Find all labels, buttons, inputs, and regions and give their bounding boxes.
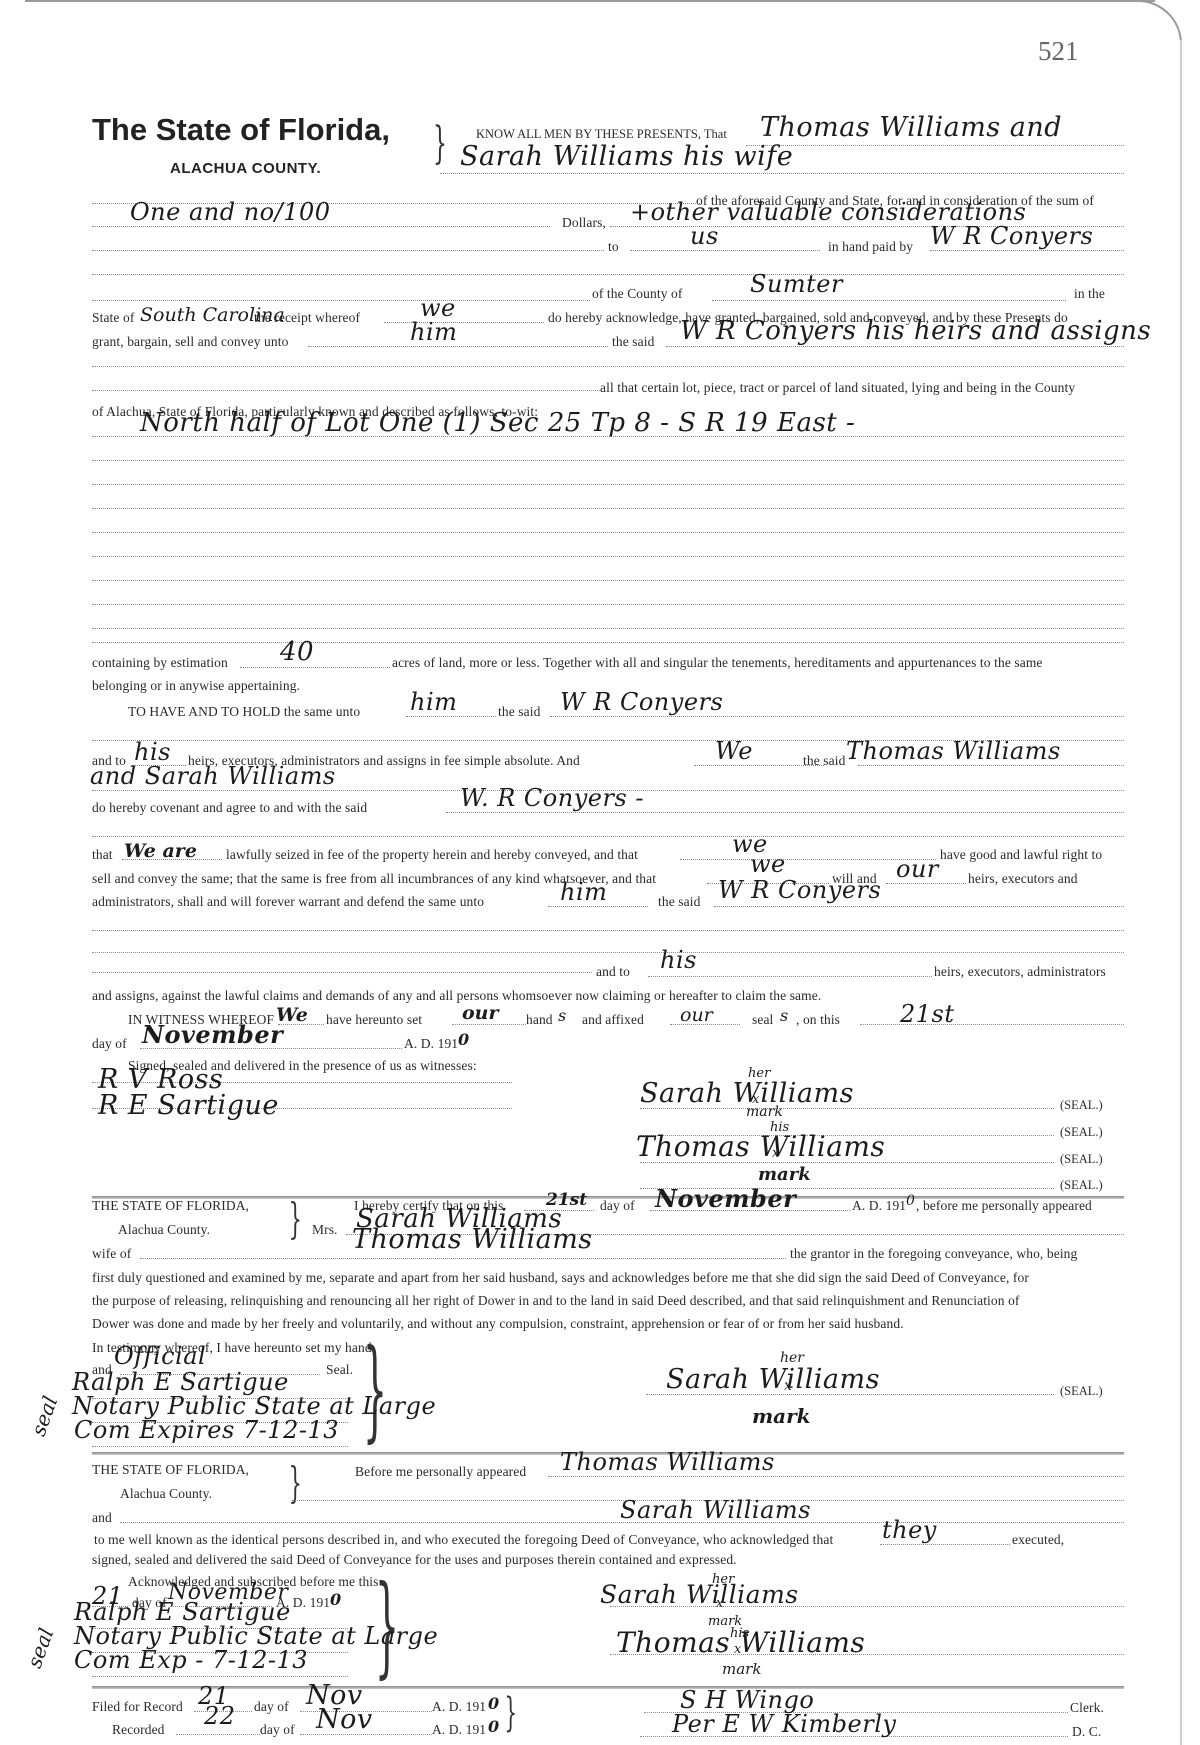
affixed-label: and affixed bbox=[582, 1012, 644, 1028]
fill-line bbox=[630, 250, 820, 251]
the-said-label-3: the said bbox=[658, 894, 700, 910]
belonging-text: belonging or in anywise appertaining. bbox=[92, 678, 300, 694]
fill-line bbox=[140, 1258, 786, 1259]
seal-label: seal bbox=[752, 1012, 773, 1028]
ack-and-label: and bbox=[92, 1510, 112, 1526]
hereunto-label: have hereunto set bbox=[326, 1012, 422, 1028]
dc-label: D. C. bbox=[1072, 1724, 1101, 1740]
mark-above: his bbox=[770, 1120, 789, 1135]
witness-2: R E Sartigue bbox=[98, 1090, 279, 1121]
fill-line bbox=[550, 716, 1124, 717]
fill-line bbox=[92, 952, 1124, 953]
acres-value: 40 bbox=[280, 637, 314, 667]
dower-county: Alachua County. bbox=[118, 1222, 210, 1238]
fill-line bbox=[880, 1544, 1010, 1545]
mark-above: her bbox=[780, 1350, 804, 1366]
unto-value: him bbox=[410, 688, 457, 716]
hand-suffix: s bbox=[558, 1006, 566, 1025]
fill-line bbox=[240, 667, 390, 668]
fill-line bbox=[92, 300, 590, 301]
ack-seal-note: seal bbox=[22, 1625, 58, 1671]
brace: } bbox=[504, 1690, 517, 1736]
fill-line bbox=[92, 484, 1124, 485]
land-description: North half of Lot One (1) Sec 25 Tp 8 - … bbox=[140, 408, 855, 438]
to-value: us bbox=[690, 222, 719, 250]
fill-line bbox=[92, 390, 600, 391]
seized-text: lawfully seized in fee of the property h… bbox=[226, 847, 638, 863]
acres-text: acres of land, more or less. Together wi… bbox=[392, 655, 1043, 671]
and-to-value-2: his bbox=[660, 946, 697, 974]
assigns-text: and assigns, against the lawful claims a… bbox=[92, 988, 821, 1004]
state-of-label: State of bbox=[92, 310, 134, 326]
fill-line bbox=[92, 1676, 348, 1677]
wife-of-value: Thomas Williams bbox=[352, 1224, 593, 1255]
grantors-line-2: Sarah Williams his wife bbox=[460, 141, 793, 172]
will-value: our bbox=[896, 855, 939, 883]
dower-state: THE STATE OF FLORIDA, bbox=[92, 1198, 249, 1214]
dollars-label: Dollars, bbox=[562, 215, 606, 231]
document-title: The State of Florida, bbox=[92, 112, 390, 148]
in-the-label: in the bbox=[1074, 286, 1105, 302]
mark-below: mark bbox=[746, 1104, 783, 1120]
seal-4: (SEAL.) bbox=[1060, 1178, 1103, 1193]
dower-para-2: the purpose of releasing, relinquishing … bbox=[92, 1293, 1020, 1309]
recorded-day: 22 bbox=[204, 1702, 236, 1730]
fill-line bbox=[452, 1024, 526, 1025]
sell-value: we bbox=[750, 850, 786, 878]
know-all-men-text: KNOW ALL MEN BY THESE PRESENTS, That bbox=[476, 127, 727, 142]
affixed-value: our bbox=[680, 1004, 713, 1026]
fill-line bbox=[446, 812, 1124, 813]
brace: } bbox=[433, 118, 447, 169]
amount-written: One and no/100 bbox=[130, 198, 331, 226]
fill-line bbox=[858, 765, 1124, 766]
brace: } bbox=[289, 1194, 302, 1243]
recorded-year: 0 bbox=[488, 1717, 499, 1736]
fill-line bbox=[92, 836, 1124, 837]
dower-para-3: Dower was done and made by her freely an… bbox=[92, 1316, 904, 1332]
page-number: 521 bbox=[1038, 36, 1079, 67]
year-suffix: 0 bbox=[458, 1030, 469, 1049]
dower-seal: (SEAL.) bbox=[1060, 1384, 1103, 1399]
before-label: Before me personally appeared bbox=[355, 1464, 526, 1480]
wife-of-label: wife of bbox=[92, 1246, 131, 1262]
fill-line bbox=[712, 300, 1066, 301]
fill-line bbox=[92, 532, 1124, 533]
clerk-label: Clerk. bbox=[1070, 1700, 1104, 1716]
dower-month-value: November bbox=[655, 1184, 796, 1213]
grantee-value: W R Conyers his heirs and assigns bbox=[680, 316, 1151, 346]
paid-by-label: in hand paid by bbox=[828, 239, 913, 255]
recorded-ad-label: A. D. 191 bbox=[432, 1722, 486, 1738]
they-value: they bbox=[882, 1516, 937, 1544]
ack-signature-sarah: Sarah Williams bbox=[600, 1580, 799, 1609]
fill-line bbox=[746, 145, 1124, 146]
mark-below: mark bbox=[752, 1404, 811, 1428]
dc-signature: Per E W Kimberly bbox=[672, 1710, 896, 1738]
admin-text: administrators, shall and will forever w… bbox=[92, 894, 484, 910]
fill-line bbox=[714, 906, 1124, 907]
said2-value: Thomas Williams bbox=[846, 737, 1061, 765]
witness-month-value: November bbox=[142, 1020, 283, 1049]
witness-day-value: 21st bbox=[900, 1000, 955, 1028]
dower-ad-label: A. D. 191 bbox=[852, 1198, 906, 1214]
page-top-edge bbox=[25, 0, 1155, 2]
fill-line bbox=[886, 883, 966, 884]
said-value: W R Conyers bbox=[560, 688, 723, 716]
ack-county: Alachua County. bbox=[120, 1486, 212, 1502]
cont-value: and Sarah Williams bbox=[90, 762, 336, 790]
the-said-label: the said bbox=[612, 334, 654, 350]
filed-ad-label: A. D. 191 bbox=[432, 1699, 486, 1715]
ack-state: THE STATE OF FLORIDA, bbox=[92, 1462, 249, 1478]
that-value: We are bbox=[124, 840, 197, 862]
fill-line bbox=[308, 346, 608, 347]
seal-1: (SEAL.) bbox=[1060, 1098, 1103, 1113]
before-value: Thomas Williams bbox=[560, 1448, 775, 1476]
mark-above: her bbox=[748, 1066, 770, 1081]
fill-line bbox=[92, 366, 1124, 367]
mark-below: mark bbox=[722, 1660, 761, 1678]
grant-text: grant, bargain, sell and convey unto bbox=[92, 334, 288, 350]
fill-line bbox=[92, 972, 592, 973]
fill-line bbox=[92, 1446, 348, 1447]
deed-page: 521 The State of Florida, ALACHUA COUNTY… bbox=[0, 0, 1200, 1745]
dower-and-value: Official bbox=[114, 1342, 206, 1370]
of-county-label: of the County of bbox=[592, 286, 682, 302]
dower-year-suffix: 0 bbox=[906, 1193, 915, 1209]
brace: } bbox=[363, 1334, 388, 1444]
document-county: ALACHUA COUNTY. bbox=[170, 160, 321, 177]
ad-label: A. D. 191 bbox=[404, 1036, 458, 1052]
fill-line bbox=[176, 1734, 260, 1735]
on-this-label: , on this bbox=[796, 1012, 840, 1028]
filed-label: Filed for Record bbox=[92, 1699, 183, 1715]
fill-line bbox=[666, 346, 1124, 347]
dower-seal-label: Seal. bbox=[326, 1362, 353, 1378]
mark-x: x bbox=[784, 1378, 792, 1394]
fill-line bbox=[92, 250, 604, 251]
recorded-label: Recorded bbox=[112, 1722, 165, 1738]
fill-line bbox=[92, 274, 1124, 275]
mark-below: mark bbox=[758, 1164, 811, 1185]
fill-line bbox=[548, 1476, 1124, 1477]
hereunto-value: our bbox=[462, 1002, 499, 1024]
mark-x: x bbox=[772, 1146, 779, 1161]
dower-para-1: first duly questioned and examined by me… bbox=[92, 1270, 1029, 1286]
fill-line bbox=[92, 226, 550, 227]
ack-notary-3: Com Exp - 7-12-13 bbox=[74, 1646, 308, 1674]
good-right-text: have good and lawful right to bbox=[940, 847, 1102, 863]
ack-and-value: Sarah Williams bbox=[620, 1496, 811, 1524]
fill-line bbox=[92, 580, 1124, 581]
day-of-label: day of bbox=[92, 1036, 127, 1052]
fill-line bbox=[92, 460, 1124, 461]
page-right-edge bbox=[1180, 40, 1182, 1745]
recorded-month: Nov bbox=[316, 1704, 373, 1735]
dower-day-of: day of bbox=[600, 1198, 635, 1214]
grant-value: him bbox=[410, 318, 457, 346]
fill-line bbox=[930, 250, 1124, 251]
dower-seal-note: seal bbox=[26, 1393, 62, 1439]
filed-year: 0 bbox=[488, 1694, 499, 1713]
seal-2: (SEAL.) bbox=[1060, 1125, 1103, 1140]
to-have-label: TO HAVE AND TO HOLD the same unto bbox=[128, 704, 360, 720]
mark-above: his bbox=[730, 1626, 749, 1641]
admin-value: him bbox=[560, 878, 607, 906]
mark-x: x bbox=[734, 1642, 741, 1657]
section-divider bbox=[92, 1686, 1124, 1689]
mark-x: x bbox=[716, 1596, 723, 1611]
grantor-text: the grantor in the foregoing conveyance,… bbox=[790, 1246, 1077, 1262]
seal-3: (SEAL.) bbox=[1060, 1152, 1103, 1167]
containing-label: containing by estimation bbox=[92, 655, 228, 671]
dower-notary-3: Com Expires 7-12-13 bbox=[74, 1416, 339, 1444]
fill-line bbox=[92, 604, 1124, 605]
covenant-text: do hereby covenant and agree to and with… bbox=[92, 800, 367, 816]
paid-by-value: W R Conyers bbox=[930, 222, 1093, 250]
hand-label: hand bbox=[526, 1012, 553, 1028]
dower-appeared: , before me personally appeared bbox=[916, 1198, 1092, 1214]
mrs-label: Mrs. bbox=[312, 1222, 338, 1238]
and-to-label-2: and to bbox=[596, 964, 630, 980]
fill-line bbox=[384, 322, 544, 323]
recorded-day-of: day of bbox=[260, 1722, 295, 1738]
known-text: to me well known as the identical person… bbox=[94, 1532, 833, 1548]
county-value: Sumter bbox=[750, 270, 843, 298]
the-said-label: the said bbox=[498, 704, 540, 720]
receipt-label: the receipt whereof bbox=[254, 310, 360, 326]
ack-signed-text: signed, sealed and delivered the said De… bbox=[92, 1552, 737, 1568]
the-said-label-2: the said bbox=[803, 753, 845, 769]
fill-line bbox=[92, 930, 1124, 931]
fill-line bbox=[440, 173, 1124, 174]
executed-label: executed, bbox=[1012, 1532, 1064, 1548]
ack-year-suffix: 0 bbox=[330, 1590, 341, 1609]
fill-line bbox=[548, 906, 648, 907]
covenant-value: W. R Conyers - bbox=[460, 784, 644, 812]
fill-line bbox=[648, 976, 932, 977]
heirs-admin-text: heirs, executors, administrators bbox=[934, 964, 1106, 980]
fill-line bbox=[92, 556, 1124, 557]
mark-above: her bbox=[712, 1572, 734, 1587]
grantors-line-1: Thomas Williams and bbox=[760, 112, 1062, 143]
dower-signature: Sarah Williams bbox=[666, 1364, 880, 1395]
certain-lot-text: all that certain lot, piece, tract or pa… bbox=[600, 380, 1075, 396]
filed-day-of: day of bbox=[254, 1699, 289, 1715]
and-value: We bbox=[715, 737, 753, 765]
page-corner bbox=[1120, 0, 1182, 44]
seal-suffix: s bbox=[780, 1006, 788, 1025]
to-label: to bbox=[608, 239, 619, 255]
admin-said-value: W R Conyers bbox=[718, 876, 881, 904]
fill-line bbox=[92, 628, 1124, 629]
heirs-exec-text: heirs, executors and bbox=[968, 871, 1078, 887]
fill-line bbox=[92, 642, 1124, 643]
that-label: that bbox=[92, 847, 113, 863]
fill-line bbox=[406, 716, 496, 717]
fill-line bbox=[92, 508, 1124, 509]
signature-thomas: Thomas Williams bbox=[636, 1130, 885, 1163]
